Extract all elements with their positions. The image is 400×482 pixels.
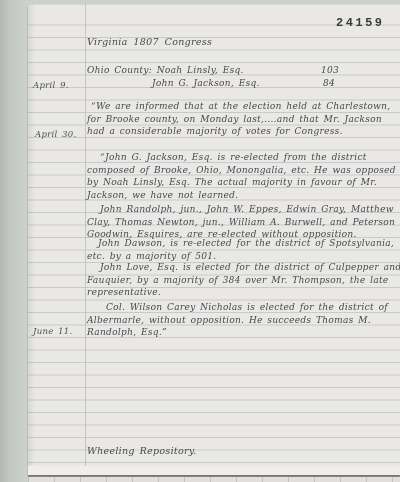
margin-date-april-30: April 30. xyxy=(35,129,77,142)
handwritten-line: John Love, Esq. is elected for the distr… xyxy=(87,262,400,275)
tally-row-1-votes: 103 xyxy=(321,65,339,78)
handwritten-line: Col. Wilson Carey Nicholas is elected fo… xyxy=(87,302,388,315)
handwritten-line: Clay, Thomas Newton, jun., William A. Bu… xyxy=(87,217,395,230)
paragraph-love-culpepper: John Love, Esq. is elected for the distr… xyxy=(87,262,400,300)
handwritten-line: “John G. Jackson, Esq. is re-elected fro… xyxy=(87,152,396,165)
margin-rule-line xyxy=(85,4,86,475)
handwritten-line: “We are informed that at the election he… xyxy=(87,101,390,114)
tally-row-2-label: John G. Jackson, Esq. xyxy=(152,78,260,91)
tally-row-1-label: Ohio County: Noah Linsly, Esq. xyxy=(87,65,244,78)
page-title: Virginia 1807 Congress xyxy=(87,37,212,50)
card-bottom-edge xyxy=(28,466,400,475)
handwritten-line: by Noah Linsly, Esq. The actual majority… xyxy=(87,177,396,190)
tally-row-2-votes: 84 xyxy=(323,78,335,91)
stamp-number: 24159 xyxy=(336,16,385,30)
paragraph-jackson-reelected: “John G. Jackson, Esq. is re-elected fro… xyxy=(87,152,396,202)
margin-date-june-11: June 11. xyxy=(33,326,73,339)
paragraph-unopposed-members: John Randolph, jun., John W. Eppes, Edwi… xyxy=(87,204,395,242)
handwritten-line: Jackson, we have not learned. xyxy=(87,190,396,203)
source-citation: Wheeling Repository. xyxy=(87,446,197,459)
margin-date-april-9: April 9. xyxy=(33,80,69,93)
photograph-background: 24159 Virginia 1807 Congress Ohio County… xyxy=(0,0,400,482)
handwritten-line: representative. xyxy=(87,287,400,300)
underlying-paper-edge xyxy=(28,477,400,482)
handwritten-line: Albermarle, without opposition. He succe… xyxy=(87,315,388,328)
handwritten-line: John Randolph, jun., John W. Eppes, Edwi… xyxy=(87,204,395,217)
paragraph-charlestown-election: “We are informed that at the election he… xyxy=(87,101,390,139)
handwritten-line: Fauquier, by a majority of 384 over Mr. … xyxy=(87,275,400,288)
ledger-card: 24159 Virginia 1807 Congress Ohio County… xyxy=(28,4,400,475)
handwritten-line: composed of Brooke, Ohio, Monongalia, et… xyxy=(87,165,396,178)
handwritten-line: John Dawson, is re-elected for the distr… xyxy=(87,238,394,251)
handwritten-line: for Brooke county, on Monday last,....an… xyxy=(87,114,390,127)
handwritten-line: had a considerable majority of votes for… xyxy=(87,126,390,139)
paragraph-nicholas-albermarle: Col. Wilson Carey Nicholas is elected fo… xyxy=(87,302,388,340)
paragraph-dawson-spotsylvania: John Dawson, is re-elected for the distr… xyxy=(87,238,394,263)
handwritten-line: Randolph, Esq.” xyxy=(87,327,388,340)
